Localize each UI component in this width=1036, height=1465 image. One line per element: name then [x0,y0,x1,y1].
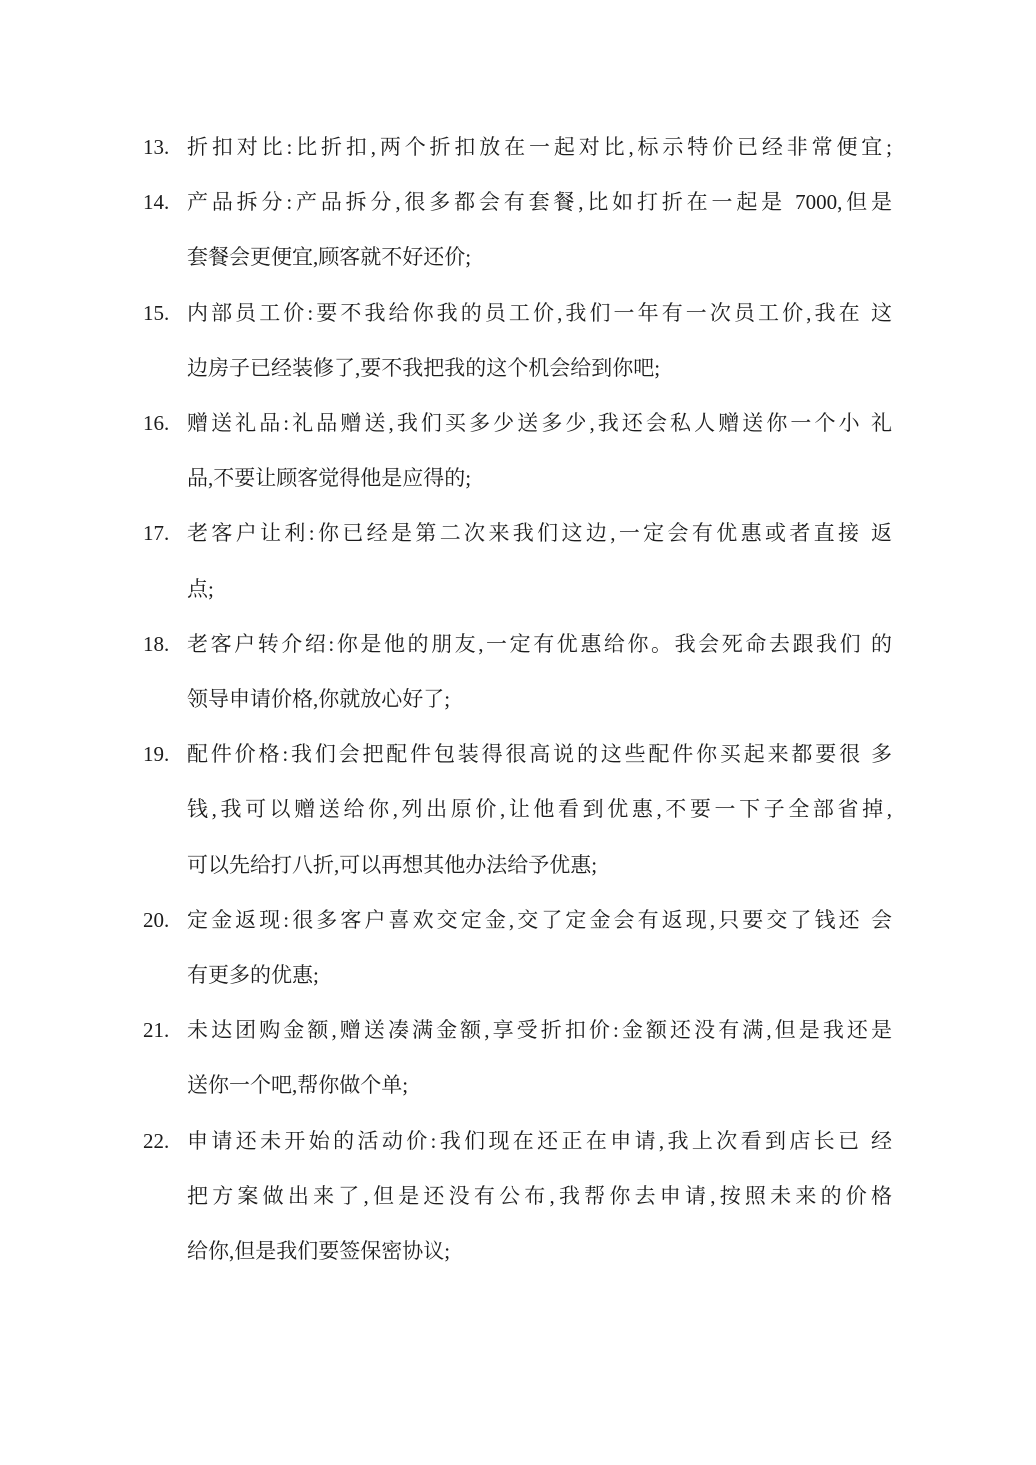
item-number: 19. [143,727,169,782]
list-item: 20.定金返现:很多客户喜欢交定金,交了定金会有返现,只要交了钱还 会有更多的优… [143,893,892,1003]
item-text-line: 折扣对比:比折扣,两个折扣放在一起对比,标示特价已经非常便宜; [187,120,892,175]
list-item: 15.内部员工价:要不我给你我的员工价,我们一年有一次员工价,我在 这边房子已经… [143,286,892,396]
item-text-line: 领导申请价格,你就放心好了; [187,672,892,727]
item-text-line: 品,不要让顾客觉得他是应得的; [187,451,892,506]
item-text-line: 申请还未开始的活动价:我们现在还正在申请,我上次看到店长已 经 [187,1114,892,1169]
item-text-line: 产品拆分:产品拆分,很多都会有套餐,比如打折在一起是 7000,但是 [187,175,892,230]
item-number: 20. [143,893,169,948]
item-text-line: 未达团购金额,赠送凑满金额,享受折扣价:金额还没有满,但是我还是 [187,1003,892,1058]
item-number: 18. [143,617,169,672]
list-item: 13.折扣对比:比折扣,两个折扣放在一起对比,标示特价已经非常便宜; [143,120,892,175]
numbered-list: 13.折扣对比:比折扣,两个折扣放在一起对比,标示特价已经非常便宜;14.产品拆… [143,120,892,1279]
list-item: 16.赠送礼品:礼品赠送,我们买多少送多少,我还会私人赠送你一个小 礼品,不要让… [143,396,892,506]
item-text-line: 赠送礼品:礼品赠送,我们买多少送多少,我还会私人赠送你一个小 礼 [187,396,892,451]
list-item: 22.申请还未开始的活动价:我们现在还正在申请,我上次看到店长已 经把方案做出来… [143,1114,892,1280]
item-text-line: 送你一个吧,帮你做个单; [187,1058,892,1113]
item-text-line: 给你,但是我们要签保密协议; [187,1224,892,1279]
item-number: 22. [143,1114,169,1169]
item-text-line: 可以先给打八折,可以再想其他办法给予优惠; [187,838,892,893]
item-number: 15. [143,286,169,341]
list-item: 17.老客户让利:你已经是第二次来我们这边,一定会有优惠或者直接 返点; [143,506,892,616]
item-text-line: 有更多的优惠; [187,948,892,1003]
item-text-line: 定金返现:很多客户喜欢交定金,交了定金会有返现,只要交了钱还 会 [187,893,892,948]
item-text-line: 套餐会更便宜,顾客就不好还价; [187,230,892,285]
item-text-line: 把方案做出来了,但是还没有公布,我帮你去申请,按照未来的价格 [187,1169,892,1224]
item-number: 17. [143,506,169,561]
list-item: 18.老客户转介绍:你是他的朋友,一定有优惠给你。我会死命去跟我们 的领导申请价… [143,617,892,727]
list-item: 19.配件价格:我们会把配件包装得很高说的这些配件你买起来都要很 多钱,我可以赠… [143,727,892,893]
item-text-line: 内部员工价:要不我给你我的员工价,我们一年有一次员工价,我在 这 [187,286,892,341]
list-item: 14.产品拆分:产品拆分,很多都会有套餐,比如打折在一起是 7000,但是套餐会… [143,175,892,285]
list-item: 21.未达团购金额,赠送凑满金额,享受折扣价:金额还没有满,但是我还是送你一个吧… [143,1003,892,1113]
item-text-line: 钱,我可以赠送给你,列出原价,让他看到优惠,不要一下子全部省掉, [187,782,892,837]
item-text-line: 老客户转介绍:你是他的朋友,一定有优惠给你。我会死命去跟我们 的 [187,617,892,672]
document-page: 13.折扣对比:比折扣,两个折扣放在一起对比,标示特价已经非常便宜;14.产品拆… [0,0,1036,1465]
item-text-line: 配件价格:我们会把配件包装得很高说的这些配件你买起来都要很 多 [187,727,892,782]
item-number: 16. [143,396,169,451]
item-number: 21. [143,1003,169,1058]
item-number: 14. [143,175,169,230]
item-text-line: 老客户让利:你已经是第二次来我们这边,一定会有优惠或者直接 返 [187,506,892,561]
item-text-line: 边房子已经装修了,要不我把我的这个机会给到你吧; [187,341,892,396]
item-number: 13. [143,120,169,175]
item-text-line: 点; [187,562,892,617]
